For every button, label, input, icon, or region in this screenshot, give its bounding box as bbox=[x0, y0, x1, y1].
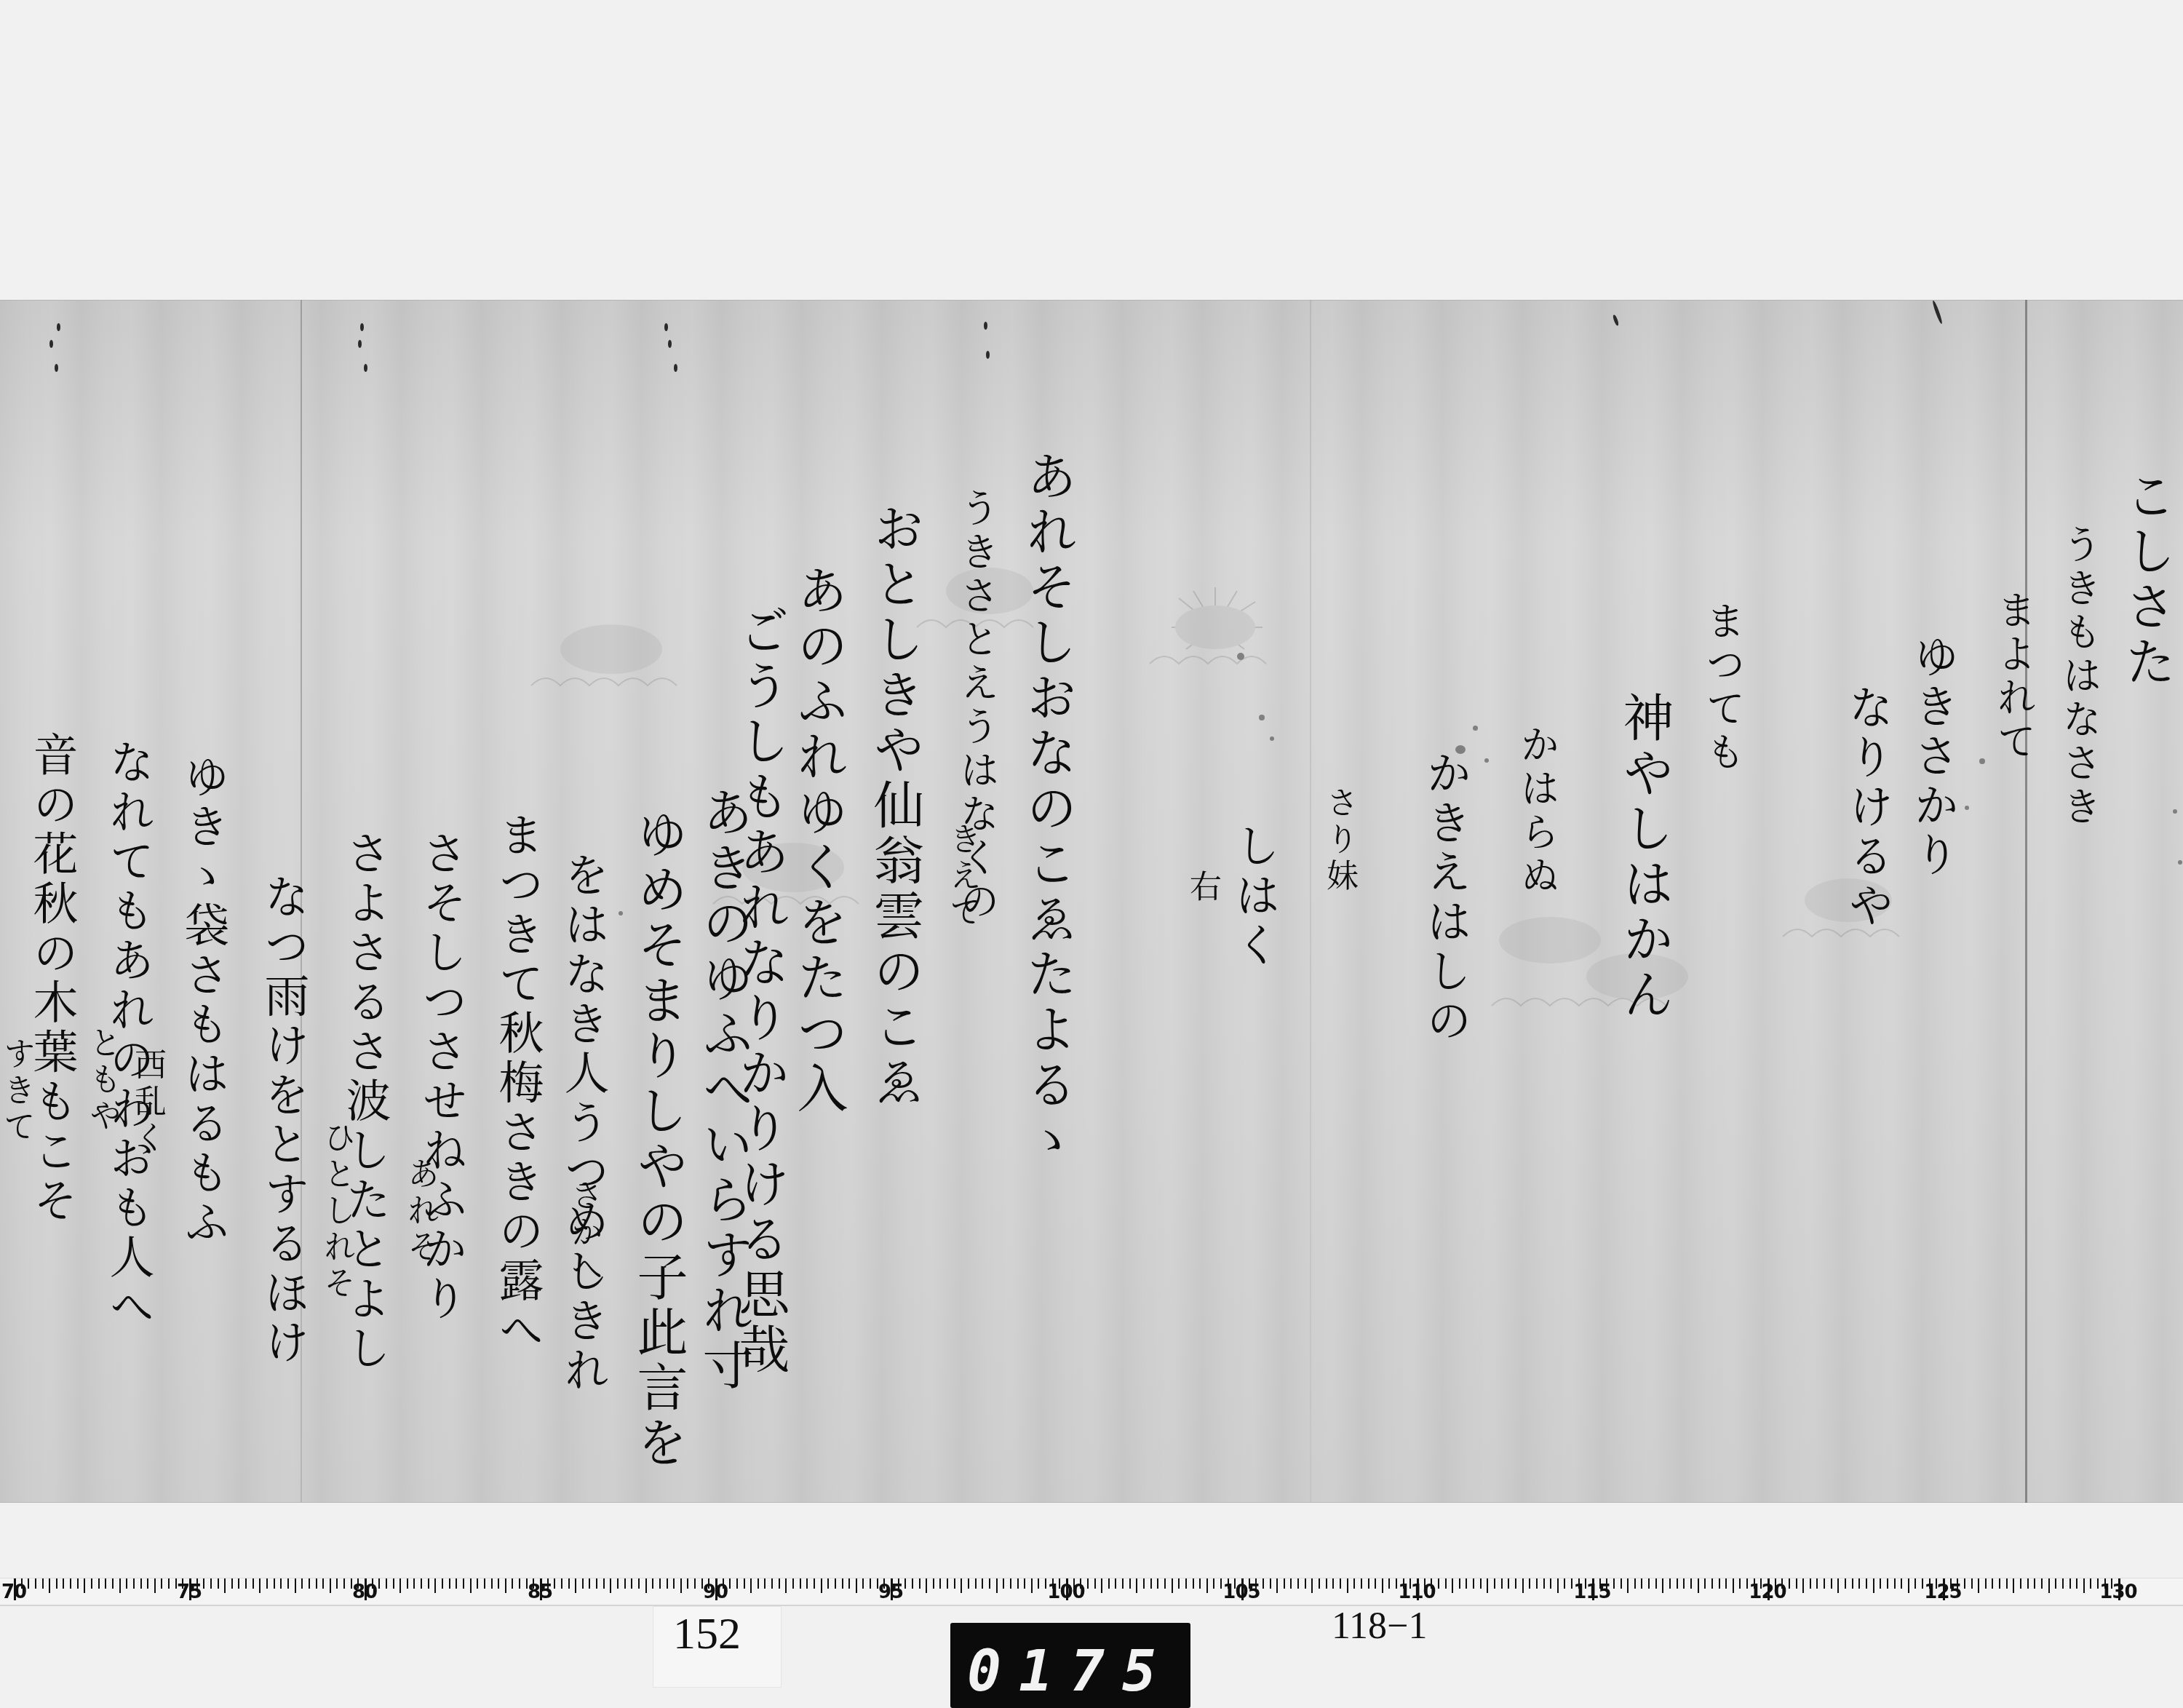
ruler-tick bbox=[806, 1578, 808, 1589]
ruler-tick bbox=[1136, 1578, 1137, 1593]
ruler-tick bbox=[42, 1578, 44, 1589]
ruler-tick bbox=[295, 1578, 296, 1593]
ruler-tick bbox=[1887, 1578, 1888, 1589]
guide-mark bbox=[360, 323, 364, 331]
ruler-tick bbox=[1017, 1578, 1019, 1589]
ruler-tick bbox=[1375, 1578, 1376, 1589]
ruler-tick bbox=[1627, 1578, 1629, 1593]
ruler-tick bbox=[1641, 1578, 1642, 1589]
ruler-tick bbox=[1543, 1578, 1545, 1589]
ruler-tick bbox=[2034, 1578, 2035, 1589]
ruler-tick bbox=[680, 1578, 682, 1593]
ink-speck bbox=[1484, 758, 1489, 763]
ruler-label: 75 bbox=[177, 1581, 202, 1603]
ruler-tick bbox=[1340, 1578, 1341, 1589]
ink-speck bbox=[1270, 736, 1274, 741]
ruler-tick bbox=[343, 1578, 345, 1589]
ruler-tick bbox=[1305, 1578, 1306, 1589]
ruler-tick bbox=[800, 1578, 801, 1589]
ruler-tick bbox=[1213, 1578, 1214, 1589]
calligraphy-column: 西乱く bbox=[131, 1048, 163, 1157]
ruler-tick bbox=[1094, 1578, 1096, 1589]
calligraphy-column: ゆきゝ袋さもはるもふ bbox=[180, 753, 226, 1248]
chrysanthemum-motif bbox=[1135, 576, 1295, 686]
ruler-tick bbox=[1522, 1578, 1524, 1593]
ruler-tick bbox=[1220, 1578, 1222, 1589]
guide-mark bbox=[57, 323, 60, 331]
ruler-tick bbox=[456, 1578, 457, 1589]
ruler-tick bbox=[316, 1578, 317, 1589]
ruler-tick bbox=[904, 1578, 906, 1589]
ruler-tick bbox=[862, 1578, 864, 1589]
ruler-tick bbox=[1115, 1578, 1116, 1589]
ruler-tick bbox=[2090, 1578, 2091, 1589]
guide-mark bbox=[668, 340, 672, 348]
ruler-tick bbox=[1824, 1578, 1825, 1589]
ruler-tick bbox=[1185, 1578, 1187, 1589]
ruler-tick bbox=[617, 1578, 619, 1589]
ruler-tick bbox=[421, 1578, 422, 1589]
ruler-tick bbox=[98, 1578, 100, 1589]
calligraphy-column: あれそしおなのこゑたよるゝ bbox=[1022, 450, 1073, 1169]
guide-mark bbox=[49, 340, 53, 348]
paper-fold-line bbox=[1310, 300, 1311, 1503]
calligraphy-column: ゆめそまりしやの子此言を bbox=[633, 808, 684, 1471]
ruler-tick bbox=[1816, 1578, 1818, 1589]
ruler-tick bbox=[2083, 1578, 2085, 1593]
ruler-tick bbox=[2076, 1578, 2077, 1589]
ruler-tick bbox=[49, 1578, 50, 1593]
guide-mark bbox=[364, 364, 367, 372]
ruler-tick bbox=[975, 1578, 977, 1589]
ruler-tick bbox=[35, 1578, 36, 1589]
ruler-tick bbox=[1438, 1578, 1439, 1589]
calligraphy-column: ゆきさかり bbox=[1910, 633, 1955, 881]
ruler-tick bbox=[1690, 1578, 1692, 1589]
guide-mark bbox=[664, 323, 668, 331]
ruler-tick bbox=[1473, 1578, 1474, 1589]
calligraphy-column: かはらぬ bbox=[1517, 724, 1556, 899]
ruler-tick bbox=[1873, 1578, 1874, 1593]
ruler-tick bbox=[821, 1578, 822, 1593]
ruler-tick bbox=[1466, 1578, 1467, 1589]
ruler-tick bbox=[1087, 1578, 1089, 1589]
ruler-tick bbox=[2020, 1578, 2021, 1589]
guide-mark bbox=[986, 351, 990, 359]
ruler-tick bbox=[519, 1578, 520, 1589]
ruler-tick bbox=[1677, 1578, 1678, 1589]
ruler-tick bbox=[126, 1578, 127, 1589]
ruler-tick bbox=[989, 1578, 990, 1589]
ruler-tick bbox=[1164, 1578, 1166, 1589]
ruler-tick bbox=[667, 1578, 668, 1589]
ruler-tick bbox=[694, 1578, 696, 1589]
ruler-tick bbox=[154, 1578, 156, 1593]
ruler-tick bbox=[1789, 1578, 1790, 1589]
ruler-label: 130 bbox=[2099, 1581, 2136, 1603]
ruler-tick bbox=[758, 1578, 759, 1589]
ruler-tick bbox=[330, 1578, 331, 1593]
ruler-tick bbox=[596, 1578, 597, 1589]
ruler-tick bbox=[1157, 1578, 1158, 1589]
ruler-tick bbox=[2027, 1578, 2029, 1589]
calligraphy-column: なりけるや bbox=[1845, 684, 1890, 932]
ruler-tick bbox=[1368, 1578, 1369, 1589]
ruler-label: 85 bbox=[528, 1581, 552, 1603]
ruler-tick bbox=[961, 1578, 962, 1593]
measuring-ruler: 707580859095100105110115120125130 bbox=[0, 1578, 2183, 1606]
ruler-tick bbox=[947, 1578, 948, 1589]
calligraphy-column: まつきて秋梅さきの露へ bbox=[495, 811, 540, 1356]
calligraphy-column: さり妹 bbox=[1323, 786, 1355, 895]
chrysanthemum-motif bbox=[524, 598, 699, 707]
ruler-label: 120 bbox=[1749, 1581, 1786, 1603]
ruler-tick bbox=[1445, 1578, 1447, 1589]
ruler-tick bbox=[1978, 1578, 1979, 1593]
ruler-tick bbox=[301, 1578, 303, 1589]
ruler-tick bbox=[1985, 1578, 1987, 1589]
ruler-label: 100 bbox=[1047, 1581, 1084, 1603]
ruler-tick bbox=[933, 1578, 934, 1589]
ruler-tick bbox=[140, 1578, 142, 1589]
ruler-tick bbox=[1319, 1578, 1320, 1589]
ruler-label: 95 bbox=[878, 1581, 903, 1603]
ruler-tick bbox=[1276, 1578, 1278, 1593]
ruler-tick bbox=[1199, 1578, 1201, 1589]
ruler-tick bbox=[77, 1578, 79, 1589]
ruler-tick bbox=[1914, 1578, 1916, 1589]
ruler-tick bbox=[589, 1578, 590, 1589]
guide-mark bbox=[358, 340, 362, 348]
calligraphy-column: きえて bbox=[946, 822, 978, 932]
ruler-tick bbox=[1634, 1578, 1636, 1589]
ruler-tick bbox=[1297, 1578, 1299, 1589]
ruler-tick bbox=[133, 1578, 135, 1589]
ruler-tick bbox=[1003, 1578, 1004, 1589]
ruler-tick bbox=[463, 1578, 464, 1589]
ruler-tick bbox=[1683, 1578, 1685, 1589]
ink-speck bbox=[619, 911, 623, 915]
ruler-tick bbox=[63, 1578, 64, 1589]
ruler-tick bbox=[210, 1578, 212, 1589]
ruler-tick bbox=[848, 1578, 850, 1589]
ruler-tick bbox=[378, 1578, 380, 1589]
ruler-tick bbox=[147, 1578, 148, 1589]
ruler-tick bbox=[442, 1578, 443, 1589]
ruler-tick bbox=[1038, 1578, 1039, 1589]
ruler-tick bbox=[968, 1578, 969, 1589]
ruler-tick bbox=[926, 1578, 927, 1593]
ruler-tick bbox=[1347, 1578, 1348, 1593]
ruler-tick bbox=[1361, 1578, 1362, 1589]
calligraphy-column: あのふれゆくをたつ入 bbox=[793, 564, 844, 1117]
ruler-tick bbox=[1698, 1578, 1699, 1593]
ruler-tick bbox=[2048, 1578, 2050, 1593]
ruler-tick bbox=[470, 1578, 472, 1593]
ruler-tick bbox=[919, 1578, 920, 1589]
ruler-tick bbox=[1557, 1578, 1559, 1593]
ruler-tick bbox=[2013, 1578, 2014, 1593]
ruler-tick bbox=[491, 1578, 493, 1589]
ruler-tick bbox=[939, 1578, 941, 1589]
calligraphy-column: 右 bbox=[1186, 870, 1218, 906]
calligraphy-column: なつ雨けをとするほけ bbox=[261, 873, 306, 1368]
ruler-tick bbox=[1837, 1578, 1839, 1593]
calligraphy-column: しはく bbox=[1231, 822, 1276, 971]
ruler-tick bbox=[1396, 1578, 1397, 1589]
ruler-tick bbox=[1733, 1578, 1734, 1593]
calligraphy-column: おとしきや仙翁雲のこゑ bbox=[870, 502, 920, 1111]
ruler-tick bbox=[814, 1578, 815, 1589]
ruler-tick bbox=[336, 1578, 338, 1589]
ruler-tick bbox=[274, 1578, 275, 1589]
ruler-tick bbox=[84, 1578, 85, 1593]
ruler-tick bbox=[1613, 1578, 1615, 1589]
ruler-tick bbox=[1487, 1578, 1488, 1593]
ruler-tick bbox=[484, 1578, 485, 1589]
ruler-tick bbox=[231, 1578, 233, 1589]
ruler-tick bbox=[1108, 1578, 1110, 1589]
ruler-tick bbox=[1178, 1578, 1180, 1589]
ruler-tick bbox=[1206, 1578, 1208, 1593]
guide-mark bbox=[1931, 300, 1943, 325]
ruler-tick bbox=[1894, 1578, 1896, 1589]
ruler-tick bbox=[2062, 1578, 2064, 1589]
ruler-tick bbox=[2041, 1578, 2043, 1589]
guide-mark bbox=[55, 364, 58, 372]
ruler-tick bbox=[736, 1578, 738, 1589]
ruler-tick bbox=[399, 1578, 401, 1593]
ruler-tick bbox=[168, 1578, 170, 1589]
ruler-tick bbox=[224, 1578, 226, 1593]
guide-mark bbox=[1612, 314, 1619, 327]
ruler-tick bbox=[2069, 1578, 2071, 1589]
ruler-tick bbox=[561, 1578, 562, 1589]
ruler-tick bbox=[1332, 1578, 1334, 1589]
ruler-tick bbox=[1704, 1578, 1706, 1589]
ruler-tick bbox=[2055, 1578, 2056, 1589]
ruler-tick bbox=[1529, 1578, 1530, 1589]
ruler-tick bbox=[1143, 1578, 1145, 1589]
ruler-tick bbox=[1452, 1578, 1453, 1593]
ruler-tick bbox=[1494, 1578, 1495, 1589]
ruler-tick bbox=[1852, 1578, 1853, 1589]
calligraphy-column: まよれて bbox=[1994, 589, 2033, 764]
ruler-label: 125 bbox=[1924, 1581, 1961, 1603]
guide-mark bbox=[674, 364, 677, 372]
ruler-tick bbox=[1858, 1578, 1860, 1589]
ruler-tick bbox=[1122, 1578, 1124, 1589]
ruler-tick bbox=[407, 1578, 408, 1589]
ruler-tick bbox=[575, 1578, 576, 1593]
ruler-tick bbox=[28, 1578, 29, 1589]
ruler-tick bbox=[1501, 1578, 1503, 1589]
ruler-tick bbox=[238, 1578, 239, 1589]
ruler-tick bbox=[1571, 1578, 1572, 1589]
ruler-tick bbox=[1508, 1578, 1509, 1589]
calligraphy-column: をはなき人うつめしきれ bbox=[560, 851, 605, 1396]
frame-counter-display: 0175 bbox=[950, 1623, 1190, 1708]
ruler-tick bbox=[785, 1578, 787, 1593]
ruler-tick bbox=[428, 1578, 429, 1589]
ruler-tick bbox=[1908, 1578, 1909, 1593]
ruler-tick bbox=[1031, 1578, 1033, 1593]
ink-speck bbox=[2173, 809, 2177, 814]
ruler-tick bbox=[750, 1578, 752, 1593]
ruler-tick bbox=[112, 1578, 114, 1589]
calligraphy-column: ともや bbox=[86, 1026, 118, 1135]
volume-number: 152 bbox=[673, 1608, 741, 1660]
ruler-tick bbox=[870, 1578, 871, 1589]
ruler-tick bbox=[386, 1578, 387, 1589]
ruler-tick bbox=[413, 1578, 415, 1589]
ruler-tick bbox=[659, 1578, 661, 1589]
ruler-tick bbox=[610, 1578, 611, 1593]
ruler-tick bbox=[954, 1578, 955, 1589]
ruler-tick bbox=[744, 1578, 745, 1589]
ruler-tick bbox=[309, 1578, 310, 1589]
ruler-tick bbox=[1045, 1578, 1046, 1589]
ruler-tick bbox=[1024, 1578, 1025, 1589]
ruler-tick bbox=[1648, 1578, 1650, 1589]
calligraphy-column: うきもはなさき bbox=[2059, 524, 2099, 830]
ruler-tick bbox=[434, 1578, 436, 1593]
ruler-tick bbox=[1459, 1578, 1460, 1589]
ruler-tick bbox=[1711, 1578, 1713, 1589]
ruler-tick bbox=[266, 1578, 268, 1589]
ink-speck bbox=[2178, 860, 2182, 865]
ruler-tick bbox=[91, 1578, 92, 1589]
ruler-tick bbox=[1382, 1578, 1383, 1593]
ruler-tick bbox=[652, 1578, 653, 1589]
ruler-tick bbox=[1193, 1578, 1194, 1589]
ruler-tick bbox=[1550, 1578, 1551, 1589]
calligraphy-column: まつても bbox=[1703, 600, 1742, 775]
ruler-tick bbox=[245, 1578, 247, 1589]
ruler-tick bbox=[603, 1578, 605, 1589]
calligraphy-column: あれそ bbox=[404, 1157, 436, 1266]
ruler-tick bbox=[1971, 1578, 1973, 1589]
ruler-tick bbox=[449, 1578, 450, 1589]
ruler-tick bbox=[1564, 1578, 1565, 1589]
ruler-tick bbox=[982, 1578, 983, 1589]
ruler-tick bbox=[1655, 1578, 1657, 1589]
ruler-tick bbox=[729, 1578, 731, 1589]
ruler-tick bbox=[1802, 1578, 1804, 1593]
ruler-tick bbox=[1515, 1578, 1516, 1589]
ruler-tick bbox=[1101, 1578, 1102, 1593]
ruler-tick bbox=[393, 1578, 394, 1589]
ruler-tick bbox=[835, 1578, 836, 1589]
ruler-tick bbox=[764, 1578, 766, 1589]
ruler-tick bbox=[161, 1578, 162, 1589]
ruler-tick bbox=[1129, 1578, 1131, 1589]
ruler-tick bbox=[70, 1578, 71, 1589]
frame-counter-digits: 0175 bbox=[950, 1639, 1190, 1704]
ruler-tick bbox=[638, 1578, 640, 1589]
calligraphy-column: 神やしはかん bbox=[1619, 691, 1670, 1023]
ruler-tick bbox=[792, 1578, 794, 1589]
ruler-tick bbox=[1388, 1578, 1390, 1589]
calligraphy-column: ひとしれそ bbox=[320, 1121, 352, 1303]
ruler-tick bbox=[477, 1578, 478, 1589]
ruler-tick bbox=[1326, 1578, 1327, 1589]
ruler-tick bbox=[1999, 1578, 2000, 1589]
ruler-tick bbox=[218, 1578, 219, 1589]
ruler-tick bbox=[631, 1578, 632, 1589]
ruler-tick bbox=[1964, 1578, 1965, 1589]
ruler-tick bbox=[673, 1578, 675, 1589]
ruler-tick bbox=[1796, 1578, 1797, 1589]
calligraphy-column: こしさた bbox=[2121, 469, 2172, 691]
ruler-tick bbox=[119, 1578, 121, 1593]
ruler-tick bbox=[1992, 1578, 1993, 1589]
ruler-tick bbox=[771, 1578, 773, 1589]
ruler-tick bbox=[827, 1578, 829, 1589]
ruler-tick bbox=[912, 1578, 913, 1589]
catalog-number: 118−1 bbox=[1332, 1605, 1427, 1648]
ruler-tick bbox=[203, 1578, 204, 1589]
ruler-tick bbox=[259, 1578, 261, 1593]
ruler-tick bbox=[1270, 1578, 1271, 1589]
ruler-tick bbox=[105, 1578, 106, 1589]
ruler-tick bbox=[1831, 1578, 1832, 1589]
paper-joint-line bbox=[2025, 300, 2027, 1503]
calligraphy-column: 音の花秋の木葉もこそ bbox=[29, 731, 74, 1226]
ruler-tick bbox=[1866, 1578, 1867, 1589]
ruler-tick bbox=[1901, 1578, 1902, 1589]
ruler-tick bbox=[624, 1578, 626, 1589]
ruler-tick bbox=[1290, 1578, 1292, 1589]
ruler-label: 115 bbox=[1573, 1581, 1610, 1603]
ruler-tick bbox=[1669, 1578, 1671, 1589]
ruler-tick bbox=[505, 1578, 506, 1593]
ruler-label: 110 bbox=[1398, 1581, 1435, 1603]
ruler-tick bbox=[568, 1578, 570, 1589]
ink-speck bbox=[1473, 726, 1478, 731]
ink-speck bbox=[1979, 758, 1985, 764]
ruler-tick bbox=[1263, 1578, 1264, 1589]
ruler-label: 105 bbox=[1222, 1581, 1260, 1603]
ruler-label: 70 bbox=[1, 1581, 26, 1603]
ruler-tick bbox=[1150, 1578, 1152, 1589]
ruler-tick bbox=[280, 1578, 282, 1589]
ink-speck bbox=[1237, 653, 1244, 660]
ruler-tick bbox=[1810, 1578, 1811, 1589]
ruler-tick bbox=[1880, 1578, 1881, 1589]
ruler-tick bbox=[322, 1578, 324, 1589]
ruler-tick bbox=[842, 1578, 843, 1589]
ruler-tick bbox=[1739, 1578, 1741, 1589]
ink-speck bbox=[1965, 806, 1969, 810]
ruler-tick bbox=[1746, 1578, 1748, 1589]
ruler-tick bbox=[996, 1578, 998, 1593]
ruler-tick bbox=[512, 1578, 513, 1589]
ruler-tick bbox=[498, 1578, 499, 1589]
ruler-tick bbox=[1311, 1578, 1313, 1593]
ruler-tick bbox=[253, 1578, 254, 1589]
ruler-tick bbox=[1536, 1578, 1538, 1589]
calligraphy-column: さかへ bbox=[568, 1179, 600, 1288]
guide-mark bbox=[984, 322, 987, 330]
ruler-tick bbox=[1621, 1578, 1622, 1589]
ruler-tick bbox=[56, 1578, 57, 1589]
ruler-tick bbox=[1662, 1578, 1663, 1593]
ruler-tick bbox=[1284, 1578, 1285, 1589]
ruler-tick bbox=[554, 1578, 555, 1589]
calligraphy-column: すきて bbox=[0, 1037, 32, 1146]
ruler-tick bbox=[687, 1578, 688, 1589]
